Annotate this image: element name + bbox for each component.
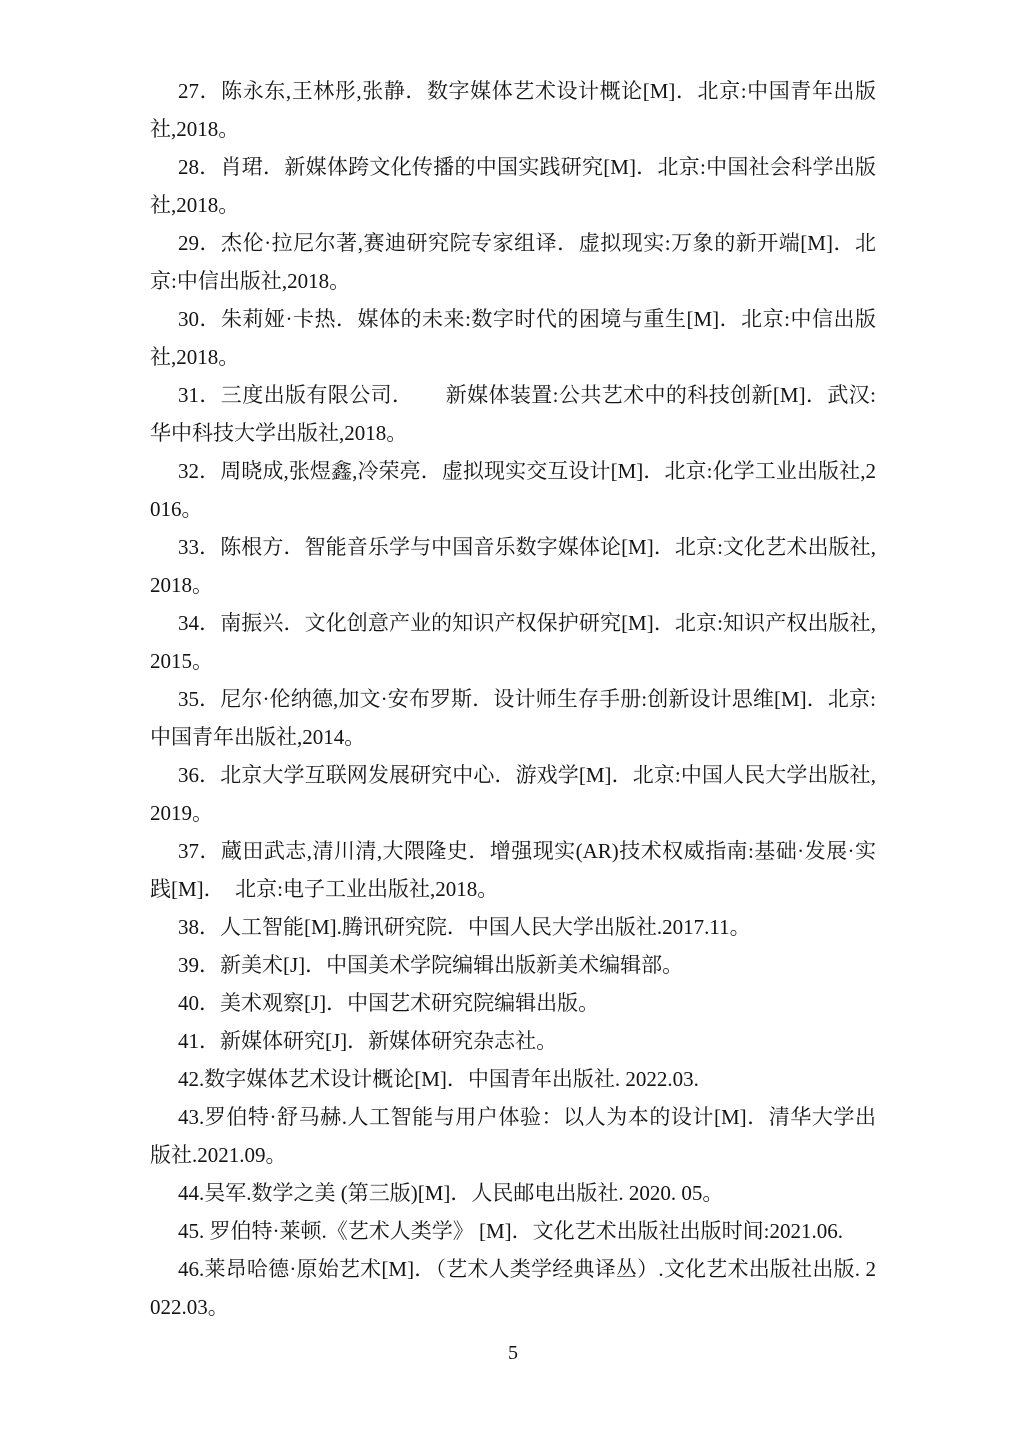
reference-item: 38．人工智能[M].腾讯研究院．中国人民大学出版社.2017.11。 [150,908,876,946]
reference-item: 41．新媒体研究[J]．新媒体研究杂志社。 [150,1022,876,1060]
reference-list: 27．陈永东,王林彤,张静．数字媒体艺术设计概论[M]．北京:中国青年出版社,2… [150,72,876,1326]
page-number: 5 [150,1338,876,1368]
reference-item: 31．三度出版有限公司． 新媒体装置:公共艺术中的科技创新[M]．武汉:华中科技… [150,376,876,452]
document-page: 27．陈永东,王林彤,张静．数字媒体艺术设计概论[M]．北京:中国青年出版社,2… [0,0,1024,1447]
reference-item: 44.吴军.数学之美 (第三版)[M]．人民邮电出版社. 2020. 05。 [150,1174,876,1212]
reference-item: 29．杰伦·拉尼尔著,赛迪研究院专家组译．虚拟现实:万象的新开端[M]．北京:中… [150,224,876,300]
reference-item: 43.罗伯特·舒马赫.人工智能与用户体验：以人为本的设计[M]．清华大学出版社.… [150,1098,876,1174]
reference-item: 35．尼尔·伦纳德,加文·安布罗斯．设计师生存手册:创新设计思维[M]．北京:中… [150,680,876,756]
reference-item: 46.莱昂哈德·原始艺术[M]．（艺术人类学经典译丛）.文化艺术出版社出版. 2… [150,1250,876,1326]
reference-item: 33．陈根方．智能音乐学与中国音乐数字媒体论[M]．北京:文化艺术出版社,201… [150,528,876,604]
reference-item: 27．陈永东,王林彤,张静．数字媒体艺术设计概论[M]．北京:中国青年出版社,2… [150,72,876,148]
reference-item: 39．新美术[J]．中国美术学院编辑出版新美术编辑部。 [150,946,876,984]
reference-item: 42.数字媒体艺术设计概论[M]．中国青年出版社. 2022.03. [150,1060,876,1098]
reference-item: 37．蔵田武志,清川清,大隈隆史．增强现实(AR)技术权威指南:基础·发展·实践… [150,832,876,908]
reference-item: 45. 罗伯特·莱顿.《艺术人类学》 [M]．文化艺术出版社出版时间:2021.… [150,1212,876,1250]
reference-item: 36．北京大学互联网发展研究中心．游戏学[M]．北京:中国人民大学出版社,201… [150,756,876,832]
reference-item: 30．朱莉娅·卡热．媒体的未来:数字时代的困境与重生[M]．北京:中信出版社,2… [150,300,876,376]
reference-item: 34．南振兴．文化创意产业的知识产权保护研究[M]．北京:知识产权出版社,201… [150,604,876,680]
reference-item: 32．周晓成,张煜鑫,冷荣亮．虚拟现实交互设计[M]．北京:化学工业出版社,20… [150,452,876,528]
reference-item: 28．肖珺．新媒体跨文化传播的中国实践研究[M]．北京:中国社会科学出版社,20… [150,148,876,224]
reference-item: 40．美术观察[J]．中国艺术研究院编辑出版。 [150,984,876,1022]
